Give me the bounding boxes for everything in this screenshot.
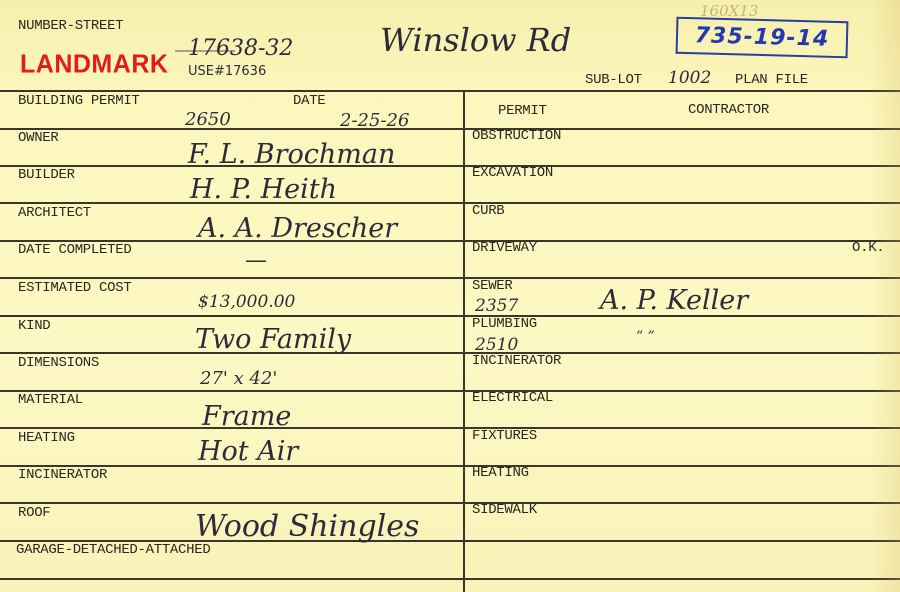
rule: [0, 427, 900, 429]
material-value: Frame: [202, 403, 291, 430]
rule: [0, 90, 900, 92]
date-completed-value: —: [245, 250, 267, 272]
owner-value: F. L. Brochman: [188, 141, 395, 168]
landmark-stamp: LANDMARK: [20, 49, 168, 79]
plumbing-label: PLUMBING: [472, 317, 537, 331]
address-number: 17638-32: [188, 38, 293, 60]
date-completed-label: DATE COMPLETED: [18, 243, 131, 257]
rule: [0, 502, 900, 504]
heating-label: HEATING: [18, 431, 75, 445]
plumbing-permit-value: 2510: [475, 337, 518, 354]
sidewalk-label: SIDEWALK: [472, 503, 537, 517]
plan-file-label: PLAN FILE: [735, 73, 808, 87]
rule: [0, 352, 900, 354]
excavation-label: EXCAVATION: [472, 166, 553, 180]
sewer-contractor-value: A. P. Keller: [600, 287, 748, 314]
rule: [0, 128, 900, 130]
date-value: 2-25-26: [340, 112, 409, 130]
sub-lot-label: SUB-LOT: [585, 73, 642, 87]
estimated-cost-label: ESTIMATED COST: [18, 281, 131, 295]
obstruction-label: OBSTRUCTION: [472, 129, 561, 143]
rule: [0, 390, 900, 392]
rule: [0, 277, 900, 279]
sewer-permit-value: 2357: [475, 298, 518, 315]
dimensions-value: 27' x 42': [200, 370, 277, 388]
incinerator-label: INCINERATOR: [18, 468, 107, 482]
rule: [0, 202, 900, 204]
rule: [0, 165, 900, 167]
building-permit-value: 2650: [185, 111, 231, 129]
builder-label: BUILDER: [18, 168, 75, 182]
architect-label: ARCHITECT: [18, 206, 91, 220]
sub-lot-value: 1002: [668, 70, 711, 87]
roof-label: ROOF: [18, 506, 50, 520]
heating-value: Hot Air: [198, 438, 298, 465]
incinerator-permit-label: INCINERATOR: [472, 354, 561, 368]
contractor-column-header: CONTRACTOR: [688, 103, 769, 117]
date-label: DATE: [293, 94, 325, 108]
material-label: MATERIAL: [18, 393, 83, 407]
permit-column-header: PERMIT: [498, 104, 547, 118]
number-street-label: NUMBER-STREET: [18, 19, 123, 33]
kind-value: Two Family: [195, 326, 351, 353]
fixtures-label: FIXTURES: [472, 429, 537, 443]
electrical-label: ELECTRICAL: [472, 391, 553, 405]
sewer-label: SEWER: [472, 279, 513, 293]
permit-card: NUMBER-STREET LANDMARK 17638-32 Winslow …: [0, 0, 900, 592]
column-divider: [463, 90, 465, 592]
use-number: USE#17636: [188, 65, 266, 78]
rule: [0, 465, 900, 467]
address-street: Winslow Rd: [380, 24, 571, 56]
garage-label: GARAGE-DETACHED-ATTACHED: [16, 543, 210, 557]
kind-label: KIND: [18, 319, 50, 333]
parcel-number-stamp: 735-19-14: [676, 17, 849, 58]
estimated-cost-value: $13,000.00: [198, 294, 295, 311]
curb-label: CURB: [472, 204, 504, 218]
architect-value: A. A. Drescher: [198, 215, 397, 242]
driveway-note: O.K.: [852, 241, 884, 255]
rule: [0, 315, 900, 317]
driveway-label: DRIVEWAY: [472, 241, 537, 255]
dimensions-label: DIMENSIONS: [18, 356, 99, 370]
roof-value: Wood Shingles: [195, 512, 419, 542]
building-permit-label: BUILDING PERMIT: [18, 94, 140, 108]
builder-value: H. P. Heith: [190, 176, 337, 203]
owner-label: OWNER: [18, 131, 59, 145]
rule: [0, 240, 900, 242]
heating-permit-label: HEATING: [472, 466, 529, 480]
rule: [0, 578, 900, 580]
plumbing-contractor-value: ” ”: [636, 330, 655, 344]
